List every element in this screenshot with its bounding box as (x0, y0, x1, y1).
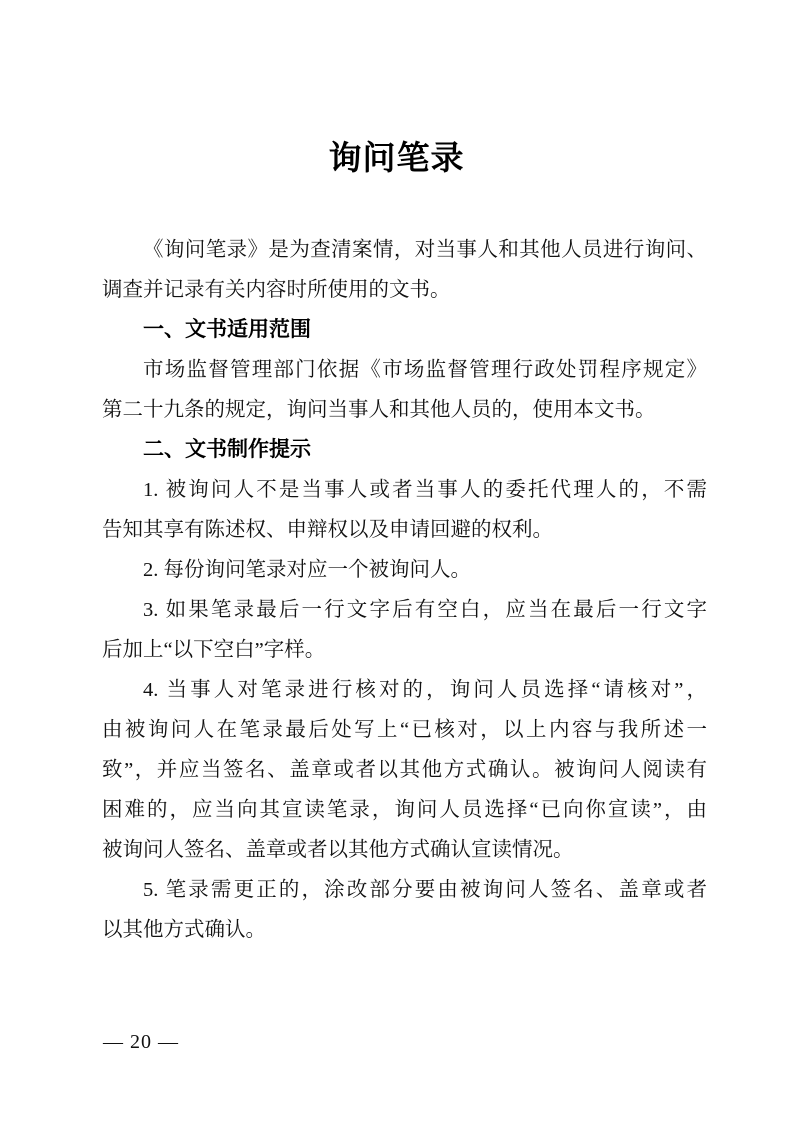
text-line: 1. 被询问人不是当事人或者当事人的委托代理人的，不需 (102, 470, 707, 510)
text-line: 后加上“以下空白”字样。 (102, 630, 707, 670)
text-line: 困难的，应当向其宣读笔录，询问人员选择“已向你宣读”，由 (102, 790, 707, 830)
document-page: 询问笔录 《询问笔录》是为查清案情，对当事人和其他人员进行询问、调查并记录有关内… (0, 0, 793, 1122)
text-line: 以其他方式确认。 (102, 910, 707, 950)
text-line: 3. 如果笔录最后一行文字后有空白，应当在最后一行文字 (102, 590, 707, 630)
text-line: 被询问人签名、盖章或者以其他方式确认宣读情况。 (102, 830, 707, 870)
text-line: 市场监督管理部门依据《市场监督管理行政处罚程序规定》 (102, 350, 707, 390)
text-line: 调查并记录有关内容时所使用的文书。 (102, 270, 707, 310)
page-number: — 20 — (103, 1028, 179, 1056)
text-line: 告知其享有陈述权、申辩权以及申请回避的权利。 (102, 510, 707, 550)
document-body: 《询问笔录》是为查清案情，对当事人和其他人员进行询问、调查并记录有关内容时所使用… (102, 230, 707, 950)
text-line: 《询问笔录》是为查清案情，对当事人和其他人员进行询问、 (102, 230, 707, 270)
text-line: 由被询问人在笔录最后处写上“已核对，以上内容与我所述一 (102, 710, 707, 750)
text-line: 致”，并应当签名、盖章或者以其他方式确认。被询问人阅读有 (102, 750, 707, 790)
section-heading: 二、文书制作提示 (102, 430, 707, 470)
text-line: 第二十九条的规定，询问当事人和其他人员的，使用本文书。 (102, 390, 707, 430)
section-heading: 一、文书适用范围 (102, 310, 707, 350)
text-line: 4. 当事人对笔录进行核对的，询问人员选择“请核对”， (102, 670, 707, 710)
text-line: 2. 每份询问笔录对应一个被询问人。 (102, 550, 707, 590)
text-line: 5. 笔录需更正的，涂改部分要由被询问人签名、盖章或者 (102, 870, 707, 910)
document-title: 询问笔录 (0, 135, 793, 183)
